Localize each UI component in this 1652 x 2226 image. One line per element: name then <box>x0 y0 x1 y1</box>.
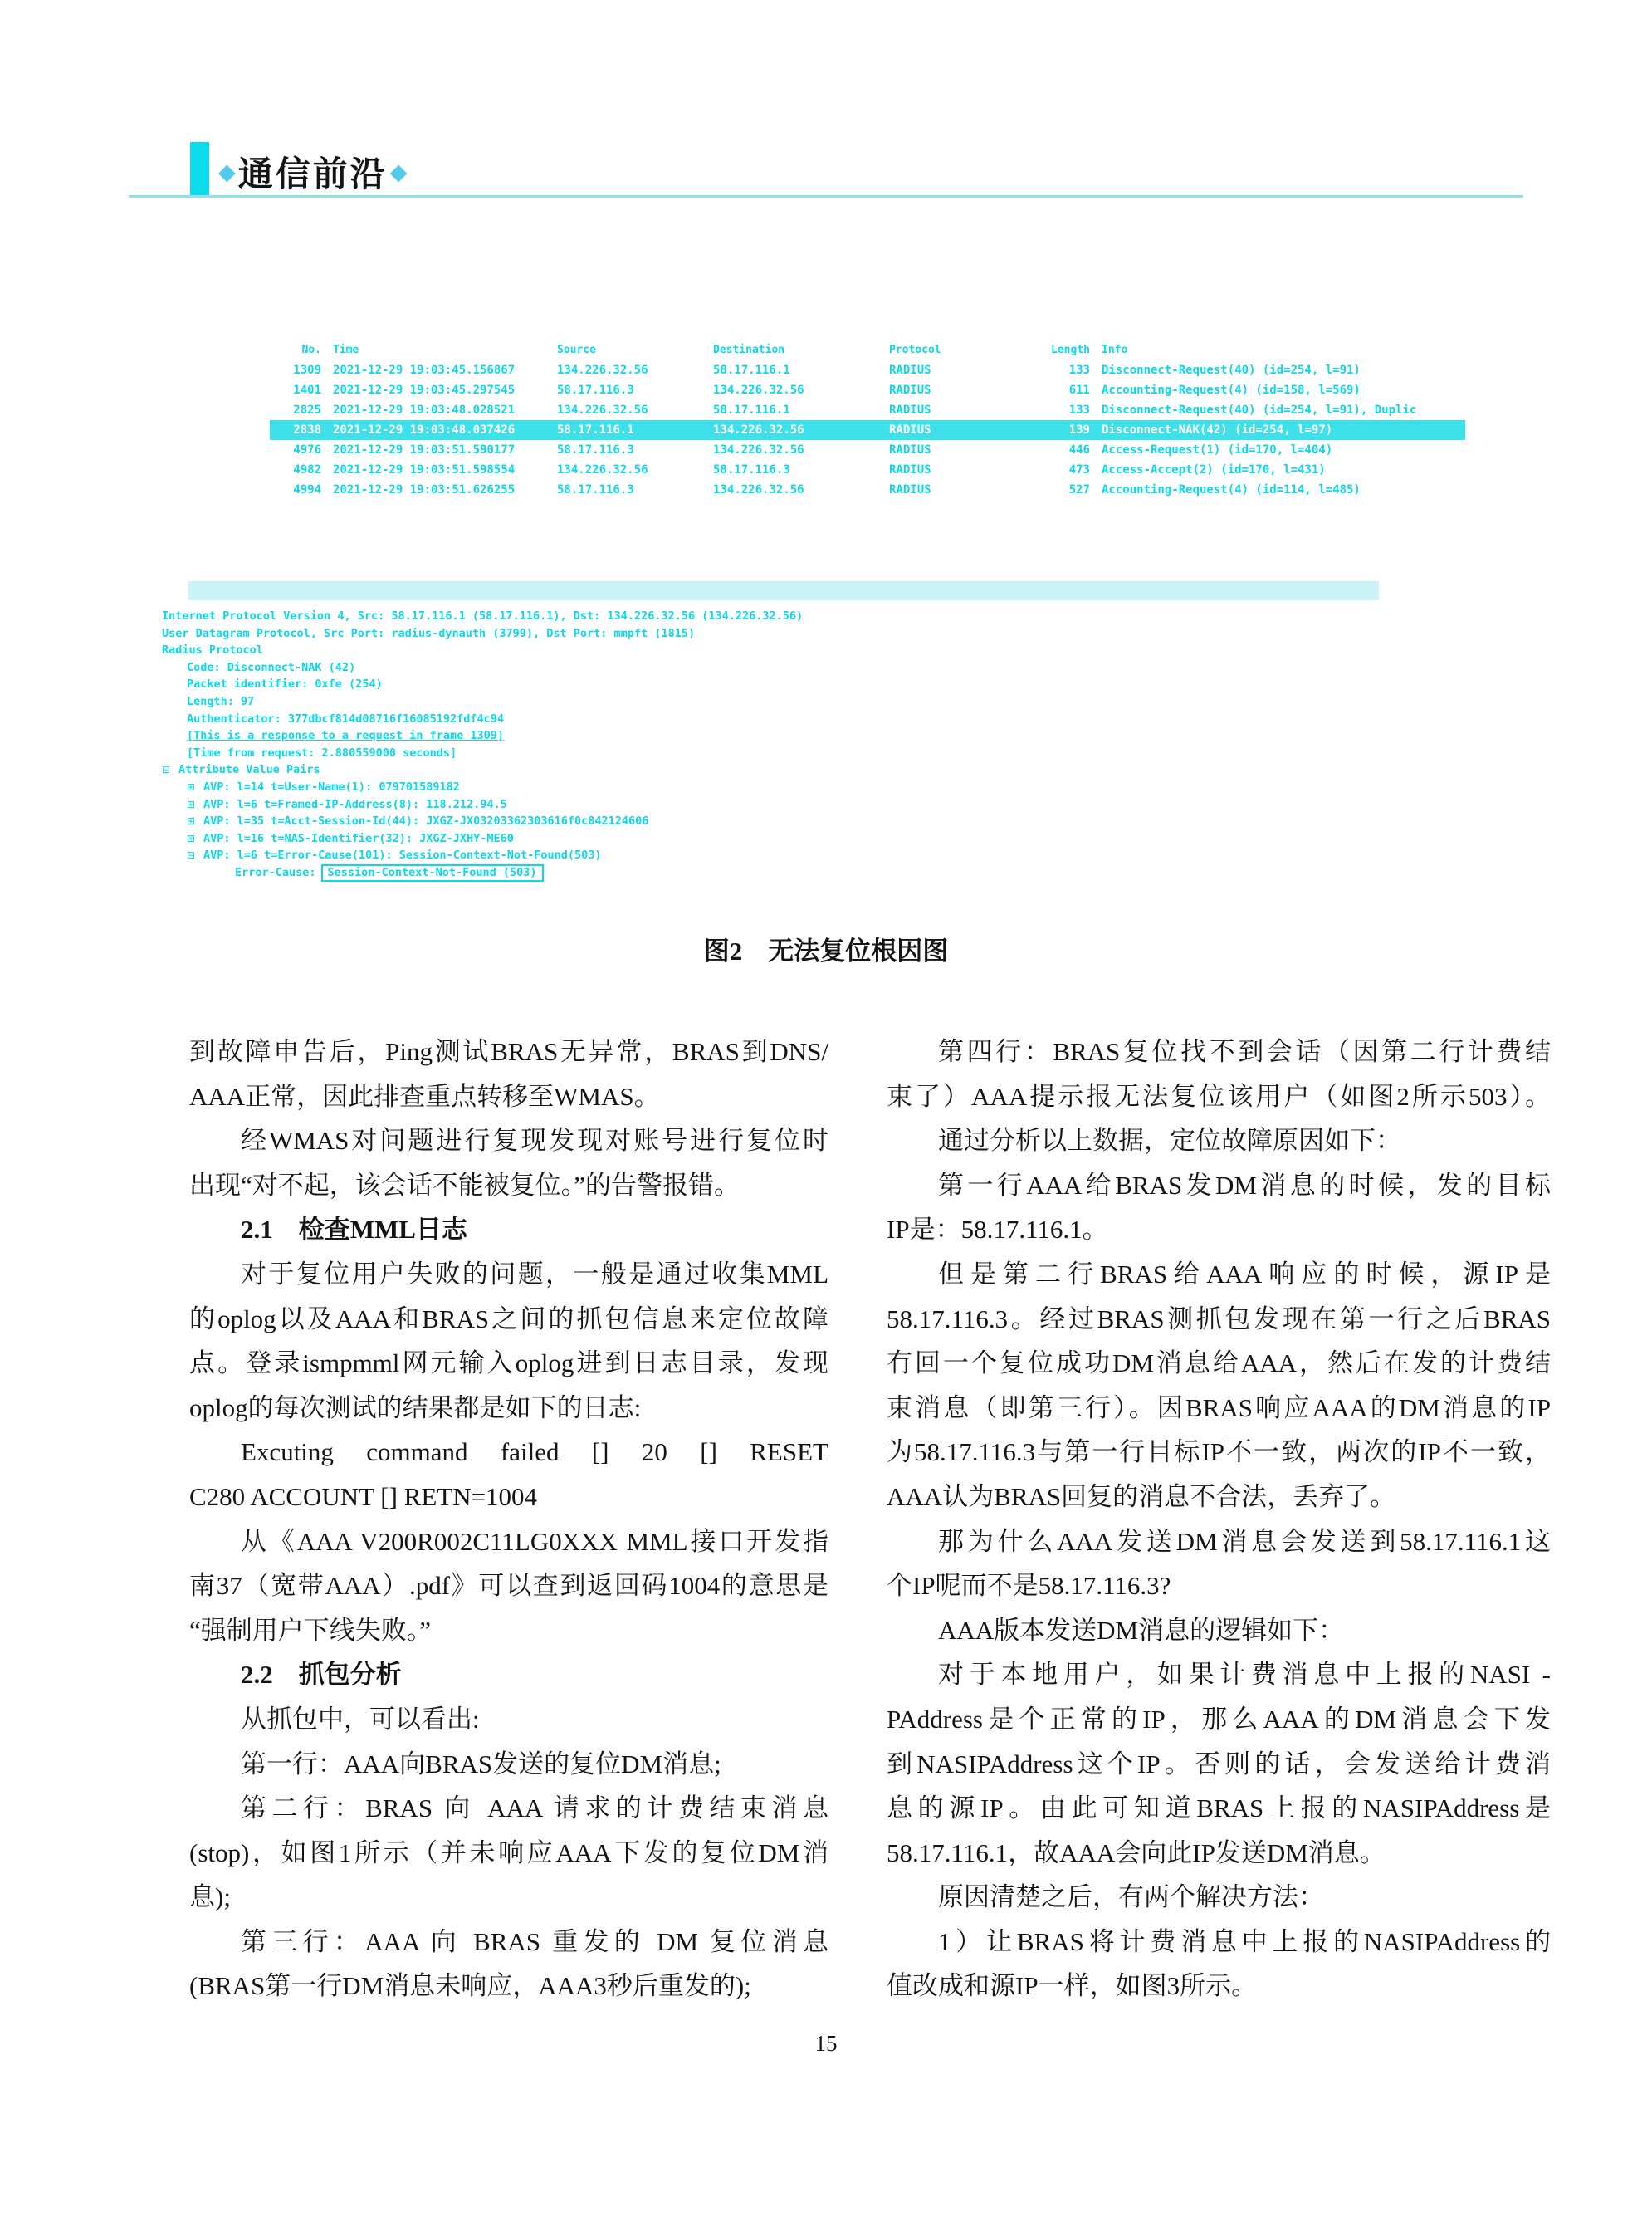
detail-text: [Time from request: 2.880559000 seconds] <box>187 746 457 760</box>
packet-cell-source: 58.17.116.1 <box>557 420 713 440</box>
packet-cell-length: 473 <box>1039 460 1090 480</box>
section-heading: 2.1 检查MML日志 <box>189 1207 828 1252</box>
body-text-line: 值改成和源IP一样，如图3所示。 <box>887 1964 1551 2008</box>
body-text-line: 出现“对不起，该会话不能被复位。”的告警报错。 <box>189 1163 828 1208</box>
body-text-line: oplog的每次测试的结果都是如下的日志: <box>189 1386 828 1431</box>
detail-line: ⊟AVP: l=6 t=Error-Cause(101): Session-Co… <box>162 847 1478 864</box>
packet-row: 49942021-12-29 19:03:51.62625558.17.116.… <box>270 480 1465 500</box>
detail-line: [Time from request: 2.880559000 seconds] <box>162 745 1478 762</box>
packet-colheader-destination: Destination <box>713 342 889 359</box>
body-text-line: Excuting command failed [] 20 [] RESET <box>189 1430 828 1475</box>
body-text-line: 从《AAA V200R002C11LG0XXX MML接口开发指 <box>189 1519 828 1564</box>
body-text-line: 南37（宽带AAA）.pdf》可以查到返回码1004的意思是 <box>189 1563 828 1608</box>
body-text-line: 第一行：AAA向BRAS发送的复位DM消息; <box>189 1742 828 1787</box>
packet-cell-destination: 58.17.116.1 <box>713 400 889 420</box>
detail-line: User Datagram Protocol, Src Port: radius… <box>162 625 1478 643</box>
packet-cell-source: 58.17.116.3 <box>557 380 713 400</box>
packet-cell-info: Access-Request(1) (id=170, l=404) <box>1090 440 1465 460</box>
header-rule <box>129 195 1523 198</box>
packet-cell-protocol: RADIUS <box>889 400 1039 420</box>
detail-line: [This is a response to a request in fram… <box>162 727 1478 745</box>
body-text-line: (stop)，如图1所示（并未响应AAA下发的复位DM消 <box>189 1831 828 1876</box>
packet-cell-destination: 134.226.32.56 <box>713 440 889 460</box>
packet-cell-time: 2021-12-29 19:03:51.626255 <box>321 480 557 500</box>
page-number: 15 <box>0 2031 1652 2057</box>
body-text-line: PAddress是个正常的IP，那么AAA的DM消息会下发 <box>887 1697 1551 1742</box>
packet-cell-info: Disconnect-NAK(42) (id=254, l=97) <box>1090 420 1465 440</box>
body-text-line: “强制用户下线失败。” <box>189 1608 828 1653</box>
packet-cell-time: 2021-12-29 19:03:48.037426 <box>321 420 557 440</box>
detail-line: ⊞AVP: l=14 t=User-Name(1): 079701589182 <box>162 779 1478 796</box>
body-text-line: AAA认为BRAS回复的消息不合法，丢弃了。 <box>887 1475 1551 1519</box>
page: ◆ 通信前沿 ◆ No.TimeSourceDestinationProtoco… <box>0 0 1652 2226</box>
figure-caption: 图2 无法复位根因图 <box>0 930 1652 967</box>
packet-cell-source: 134.226.32.56 <box>557 360 713 380</box>
packet-cell-length: 139 <box>1039 420 1090 440</box>
detail-text: Length: 97 <box>187 695 254 708</box>
body-text-line: 对于复位用户失败的问题，一般是通过收集MML <box>189 1252 828 1297</box>
detail-text: AVP: l=14 t=User-Name(1): 079701589182 <box>203 780 460 794</box>
detail-text: [This is a response to a request in fram… <box>187 729 504 742</box>
body-text-line: 的oplog以及AAA和BRAS之间的抓包信息来定位故障 <box>189 1297 828 1342</box>
body-text-line: C280 ACCOUNT [] RETN=1004 <box>189 1475 828 1519</box>
detail-line: Packet identifier: 0xfe (254) <box>162 676 1478 693</box>
packet-cell-destination: 134.226.32.56 <box>713 420 889 440</box>
detail-line: ⊟Attribute Value Pairs <box>162 761 1478 779</box>
tree-plus-icon: ⊞ <box>187 830 203 848</box>
packet-cell-no: 2838 <box>270 420 321 440</box>
packet-cell-time: 2021-12-29 19:03:51.598554 <box>321 460 557 480</box>
packet-cell-source: 134.226.32.56 <box>557 460 713 480</box>
packet-cell-info: Disconnect-Request(40) (id=254, l=91), D… <box>1090 400 1465 420</box>
detail-text: Internet Protocol Version 4, Src: 58.17.… <box>162 609 803 623</box>
packet-colheader-length: Length <box>1039 342 1090 359</box>
body-text-line: 第一行AAA给BRAS发DM消息的时候，发的目标 <box>887 1163 1551 1208</box>
tree-minus-icon: ⊟ <box>162 761 178 779</box>
detail-text: Code: Disconnect-NAK (42) <box>187 661 355 674</box>
body-text-line: AAA正常，因此排查重点转移至WMAS。 <box>189 1074 828 1119</box>
detail-text: AVP: l=35 t=Acct-Session-Id(44): JXGZ-JX… <box>203 815 648 828</box>
packet-cell-length: 527 <box>1039 480 1090 500</box>
section-heading: 2.2 抓包分析 <box>189 1652 828 1697</box>
packet-colheader-time: Time <box>321 342 557 359</box>
body-text-line: 束了）AAA提示报无法复位该用户（如图2所示503）。 <box>887 1074 1551 1119</box>
body-text-line: 1）让BRAS将计费消息中上报的NASIPAddress的 <box>887 1920 1551 1964</box>
detail-text: AVP: l=6 t=Error-Cause(101): Session-Con… <box>203 849 602 862</box>
body-text-line: 个IP呢而不是58.17.116.3? <box>887 1563 1551 1608</box>
packet-cell-destination: 134.226.32.56 <box>713 480 889 500</box>
packet-cell-length: 133 <box>1039 360 1090 380</box>
packet-cell-length: 446 <box>1039 440 1090 460</box>
section-title: 通信前沿 <box>238 147 388 197</box>
packet-cell-info: Access-Accept(2) (id=170, l=431) <box>1090 460 1465 480</box>
body-text-line: 58.17.116.1，故AAA会向此IP发送DM消息。 <box>887 1831 1551 1876</box>
body-text-line: IP是：58.17.116.1。 <box>887 1207 1551 1252</box>
packet-row: 28252021-12-29 19:03:48.028521134.226.32… <box>270 400 1465 420</box>
packet-cell-no: 2825 <box>270 400 321 420</box>
wireshark-figure: No.TimeSourceDestinationProtocolLengthIn… <box>154 332 1482 890</box>
diamond-icon-right: ◆ <box>388 161 410 183</box>
body-text-line: 第四行：BRAS复位找不到会话（因第二行计费结 <box>887 1030 1551 1074</box>
packet-cell-protocol: RADIUS <box>889 360 1039 380</box>
body-text-line: 到故障申告后，Ping测试BRAS无异常，BRAS到DNS/ <box>189 1030 828 1074</box>
packet-row: 14012021-12-29 19:03:45.29754558.17.116.… <box>270 380 1465 400</box>
detail-line: Internet Protocol Version 4, Src: 58.17.… <box>162 608 1478 625</box>
body-text-line: 原因清楚之后，有两个解决方法： <box>887 1875 1551 1920</box>
detail-text: AVP: l=16 t=NAS-Identifier(32): JXGZ-JXH… <box>203 832 514 845</box>
body-text-line: (BRAS第一行DM消息未响应，AAA3秒后重发的); <box>189 1964 828 2008</box>
packet-row: 28382021-12-29 19:03:48.03742658.17.116.… <box>270 420 1465 440</box>
detail-line: Error-Cause:Session-Context-Not-Found (5… <box>162 864 1478 882</box>
packet-cell-protocol: RADIUS <box>889 480 1039 500</box>
header-accent-bar <box>190 142 209 196</box>
body-text-line: 有回一个复位成功DM消息给AAA，然后在发的计费结 <box>887 1341 1551 1386</box>
tree-plus-icon: ⊞ <box>187 813 203 830</box>
packet-details: Internet Protocol Version 4, Src: 58.17.… <box>162 608 1478 882</box>
detail-line: ⊞AVP: l=6 t=Framed-IP-Address(8): 118.21… <box>162 796 1478 814</box>
body-text-line: 那为什么AAA发送DM消息会发送到58.17.116.1这 <box>887 1519 1551 1564</box>
packet-cell-protocol: RADIUS <box>889 380 1039 400</box>
detail-text: Radius Protocol <box>162 643 263 657</box>
detail-text: Packet identifier: 0xfe (254) <box>187 678 383 691</box>
detail-text: Authenticator: 377dbcf814d08716f16085192… <box>187 712 504 726</box>
packet-row: 49762021-12-29 19:03:51.59017758.17.116.… <box>270 440 1465 460</box>
packet-cell-time: 2021-12-29 19:03:45.297545 <box>321 380 557 400</box>
packet-cell-destination: 134.226.32.56 <box>713 380 889 400</box>
body-text-line: 为58.17.116.3与第一行目标IP不一致，两次的IP不一致， <box>887 1430 1551 1475</box>
detail-text: Attribute Value Pairs <box>178 763 320 776</box>
body-text-line: 但是第二行BRAS给AAA响应的时候，源IP是 <box>887 1252 1551 1297</box>
body-text-line: AAA版本发送DM消息的逻辑如下： <box>887 1608 1551 1653</box>
packet-cell-info: Accounting-Request(4) (id=158, l=569) <box>1090 380 1465 400</box>
body-right-column: 第四行：BRAS复位找不到会话（因第二行计费结束了）AAA提示报无法复位该用户（… <box>887 1030 1551 2008</box>
body-text-line: 58.17.116.3。经过BRAS测抓包发现在第一行之后BRAS <box>887 1297 1551 1342</box>
detail-line: Radius Protocol <box>162 642 1478 659</box>
packet-colheader-info: Info <box>1090 342 1465 359</box>
body-text-line: 从抓包中，可以看出: <box>189 1697 828 1742</box>
error-cause-box: Session-Context-Not-Found (503) <box>321 864 544 882</box>
detail-text: AVP: l=6 t=Framed-IP-Address(8): 118.212… <box>203 798 507 811</box>
packet-list-body: 13092021-12-29 19:03:45.156867134.226.32… <box>154 360 1482 500</box>
detail-text: Error-Cause: <box>235 866 316 879</box>
body-text-line: 息的源IP。由此可知道BRAS上报的NASIPAddress是 <box>887 1786 1551 1831</box>
body-text-line: 经WMAS对问题进行复现发现对账号进行复位时 <box>189 1118 828 1163</box>
packet-row: 49822021-12-29 19:03:51.598554134.226.32… <box>270 460 1465 480</box>
packet-cell-info: Disconnect-Request(40) (id=254, l=91) <box>1090 360 1465 380</box>
packet-cell-no: 1401 <box>270 380 321 400</box>
packet-cell-no: 4982 <box>270 460 321 480</box>
tree-plus-icon: ⊞ <box>187 796 203 814</box>
body-text-line: 点。登录ismpmml网元输入oplog进到日志目录，发现 <box>189 1341 828 1386</box>
packet-row: 13092021-12-29 19:03:45.156867134.226.32… <box>270 360 1465 380</box>
packet-cell-time: 2021-12-29 19:03:48.028521 <box>321 400 557 420</box>
packet-cell-protocol: RADIUS <box>889 440 1039 460</box>
detail-text: User Datagram Protocol, Src Port: radius… <box>162 627 695 640</box>
packet-cell-length: 133 <box>1039 400 1090 420</box>
tree-plus-icon: ⊞ <box>187 779 203 796</box>
packet-cell-time: 2021-12-29 19:03:51.590177 <box>321 440 557 460</box>
packet-cell-source: 58.17.116.3 <box>557 480 713 500</box>
body-text-line: 到NASIPAddress这个IP。否则的话，会发送给计费消 <box>887 1742 1551 1787</box>
packet-colheader-no: No. <box>270 342 321 359</box>
diamond-icon-left: ◆ <box>216 161 238 183</box>
detail-line: Code: Disconnect-NAK (42) <box>162 659 1478 677</box>
detail-line: ⊞AVP: l=16 t=NAS-Identifier(32): JXGZ-JX… <box>162 830 1478 848</box>
packet-list-header: No.TimeSourceDestinationProtocolLengthIn… <box>270 342 1465 359</box>
body-text-line: 对于本地用户，如果计费消息中上报的NASI - <box>887 1652 1551 1697</box>
packet-cell-length: 611 <box>1039 380 1090 400</box>
body-left-column: 到故障申告后，Ping测试BRAS无异常，BRAS到DNS/AAA正常，因此排查… <box>189 1030 828 2008</box>
detail-line: Length: 97 <box>162 693 1478 711</box>
packet-cell-no: 4976 <box>270 440 321 460</box>
packet-cell-source: 58.17.116.3 <box>557 440 713 460</box>
packet-cell-destination: 58.17.116.1 <box>713 360 889 380</box>
selection-band <box>188 581 1379 600</box>
body-text-line: 第三行：AAA 向 BRAS 重发的 DM 复位消息 <box>189 1920 828 1964</box>
body-text-line: 息); <box>189 1875 828 1920</box>
packet-cell-destination: 58.17.116.3 <box>713 460 889 480</box>
body-text-line: 通过分析以上数据，定位故障原因如下： <box>887 1118 1551 1163</box>
packet-cell-no: 4994 <box>270 480 321 500</box>
body-text-line: 第二行：BRAS 向 AAA 请求的计费结束消息 <box>189 1786 828 1831</box>
packet-cell-info: Accounting-Request(4) (id=114, l=485) <box>1090 480 1465 500</box>
packet-colheader-source: Source <box>557 342 713 359</box>
section-header: ◆ 通信前沿 ◆ <box>216 148 410 196</box>
detail-line: Authenticator: 377dbcf814d08716f16085192… <box>162 711 1478 728</box>
tree-minus-icon: ⊟ <box>187 847 203 864</box>
packet-cell-protocol: RADIUS <box>889 460 1039 480</box>
packet-colheader-protocol: Protocol <box>889 342 1039 359</box>
detail-line: ⊞AVP: l=35 t=Acct-Session-Id(44): JXGZ-J… <box>162 813 1478 830</box>
body-text-line: 束消息（即第三行）。因BRAS响应AAA的DM消息的IP <box>887 1386 1551 1431</box>
packet-cell-time: 2021-12-29 19:03:45.156867 <box>321 360 557 380</box>
packet-cell-source: 134.226.32.56 <box>557 400 713 420</box>
packet-cell-no: 1309 <box>270 360 321 380</box>
packet-cell-protocol: RADIUS <box>889 420 1039 440</box>
